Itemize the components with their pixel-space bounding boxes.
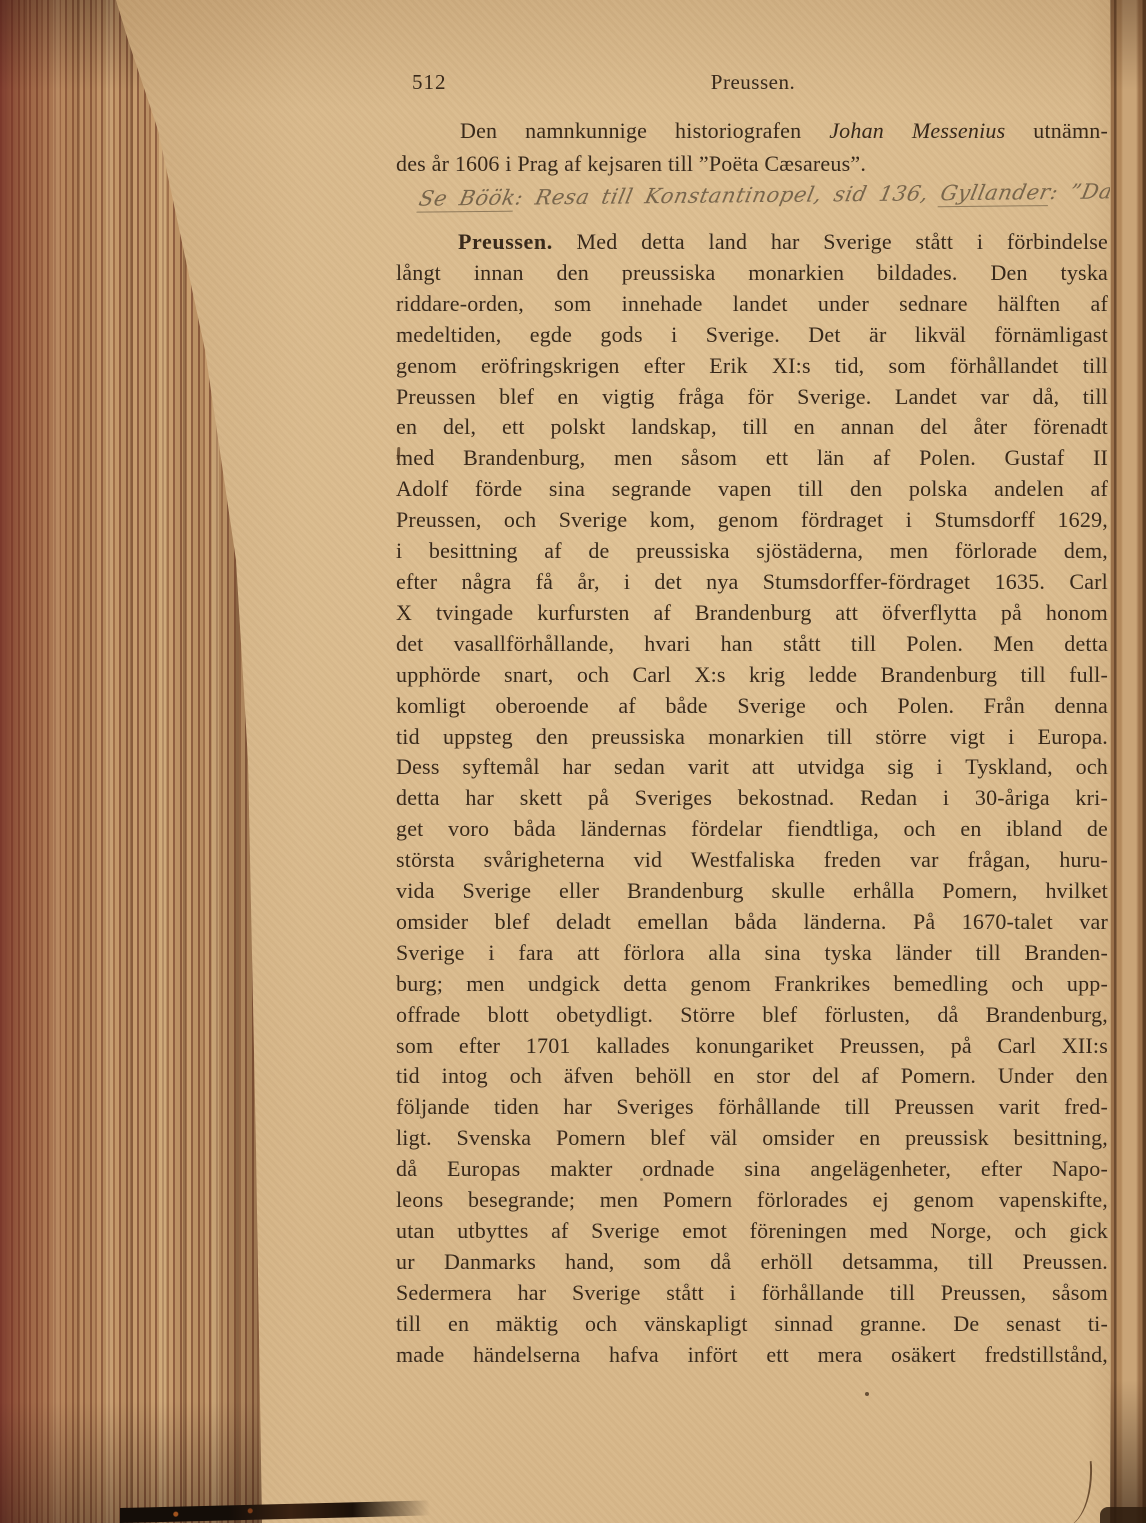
handwritten-annotation: Se Böök: Resa till Konstantinopel, sid 1… (417, 179, 1123, 210)
running-header: Preussen. (396, 70, 1110, 95)
annotation-reference: Se Böök (416, 186, 518, 213)
text-line: då Europas makter ordnade sina angelägen… (396, 1154, 1108, 1185)
book-photo: 512 Preussen. Den namnkunnige historiogr… (0, 0, 1146, 1523)
entry-headword: Preussen. (458, 229, 553, 254)
text-line: tid uppsteg den preussiska monarkien til… (396, 722, 1108, 753)
text-line: största svårigheterna vid Westfaliska fr… (396, 845, 1108, 876)
text-line: ur Danmarks hand, som då erhöll detsamma… (396, 1247, 1108, 1278)
page-header: 512 Preussen. (396, 70, 1110, 98)
text-line: medeltiden, egde gods i Sverige. Det är … (396, 320, 1108, 351)
annotation-text: : Resa till Konstantinopel, sid 136, (513, 181, 943, 209)
text-line: Preussen blef en vigtig fråga för Sverig… (396, 382, 1108, 413)
text-line: utan utbyttes af Sverige emot föreningen… (396, 1216, 1108, 1247)
text-line: Den namnkunnige historiografen Johan Mes… (396, 114, 1108, 147)
text-line: ligt. Svenska Pomern blef väl omsider en… (396, 1123, 1108, 1154)
text-line: till en mäktig och vänskapligt sinnad gr… (396, 1309, 1108, 1340)
text-line: Adolf förde sina segrande vapen till den… (396, 474, 1108, 505)
text-line: komligt oberoende af både Sverige och Po… (396, 691, 1108, 722)
entry-paragraph: Preussen. Med detta land har Sverige stå… (396, 227, 1108, 1371)
text-line: följande tiden har Sveriges förhållande … (396, 1092, 1108, 1123)
text-line: med Brandenburg, men såsom ett län af Po… (396, 443, 1108, 474)
text-line: X tvingade kurfursten af Brandenburg att… (396, 598, 1108, 629)
text-line: Sverige i fara att förlora alla sina tys… (396, 938, 1108, 969)
text-line: i besittning af de preussiska sjöstädern… (396, 536, 1108, 567)
text-line: Dess syftemål har sedan varit att utvidg… (396, 752, 1108, 783)
book-right-edge (1108, 0, 1146, 1523)
entry-text: Med detta land har Sverige stått i förbi… (577, 229, 1108, 254)
text-line: som efter 1701 kallades konungariket Pre… (396, 1031, 1108, 1062)
text-line: efter några få år, i det nya Stumsdorffe… (396, 567, 1108, 598)
text-line: burg; men undgick detta genom Frankrikes… (396, 969, 1108, 1000)
paper-speck (640, 1178, 643, 1181)
text-line: leons besegrande; men Pomern förlorades … (396, 1185, 1108, 1216)
entry-body: långt innan den preussiska monarkien bil… (396, 258, 1108, 1371)
text-line: offrade blott obetydligt. Större blef fö… (396, 1000, 1108, 1031)
text-line: get voro båda ländernas fördelar fiendtl… (396, 814, 1108, 845)
text-line: genom eröfringskrigen efter Erik XI:s ti… (396, 351, 1108, 382)
text-line: långt innan den preussiska monarkien bil… (396, 258, 1108, 289)
text-line: Sedermera har Sverige stått i förhålland… (396, 1278, 1108, 1309)
text-line: des år 1606 i Prag af kejsaren till ”Poë… (396, 147, 1108, 180)
text-line: made händelserna hafva infört ett mera o… (396, 1340, 1108, 1371)
text-line: tid intog och äfven behöll en stor del a… (396, 1061, 1108, 1092)
text-line: riddare-orden, som innehade landet under… (396, 289, 1108, 320)
text-line: Preussen. Med detta land har Sverige stå… (396, 227, 1108, 258)
text-line: det vasallförhållande, hvari han stått t… (396, 629, 1108, 660)
text-line: upphörde snart, och Carl X:s krig ledde … (396, 660, 1108, 691)
paper-speck (865, 1392, 869, 1396)
text-line: detta har skett på Sveriges bekostnad. R… (396, 783, 1108, 814)
intro-text: utnämn- (1005, 118, 1108, 143)
text-line: en del, ett polskt landskap, till en ann… (396, 412, 1108, 443)
person-name-italic: Johan Messenius (829, 118, 1005, 143)
text-line: Preussen, och Sverige kom, genom fördrag… (396, 505, 1108, 536)
bottom-right-shadow (1100, 1507, 1146, 1523)
annotation-reference: Gyllander (938, 180, 1053, 207)
text-line: omsider blef deladt emellan båda ländern… (396, 907, 1108, 938)
intro-paragraph: Den namnkunnige historiografen Johan Mes… (396, 114, 1108, 180)
intro-text: Den namnkunnige historiografen (460, 118, 829, 143)
text-line: vida Sverige eller Brandenburg skulle er… (396, 876, 1108, 907)
